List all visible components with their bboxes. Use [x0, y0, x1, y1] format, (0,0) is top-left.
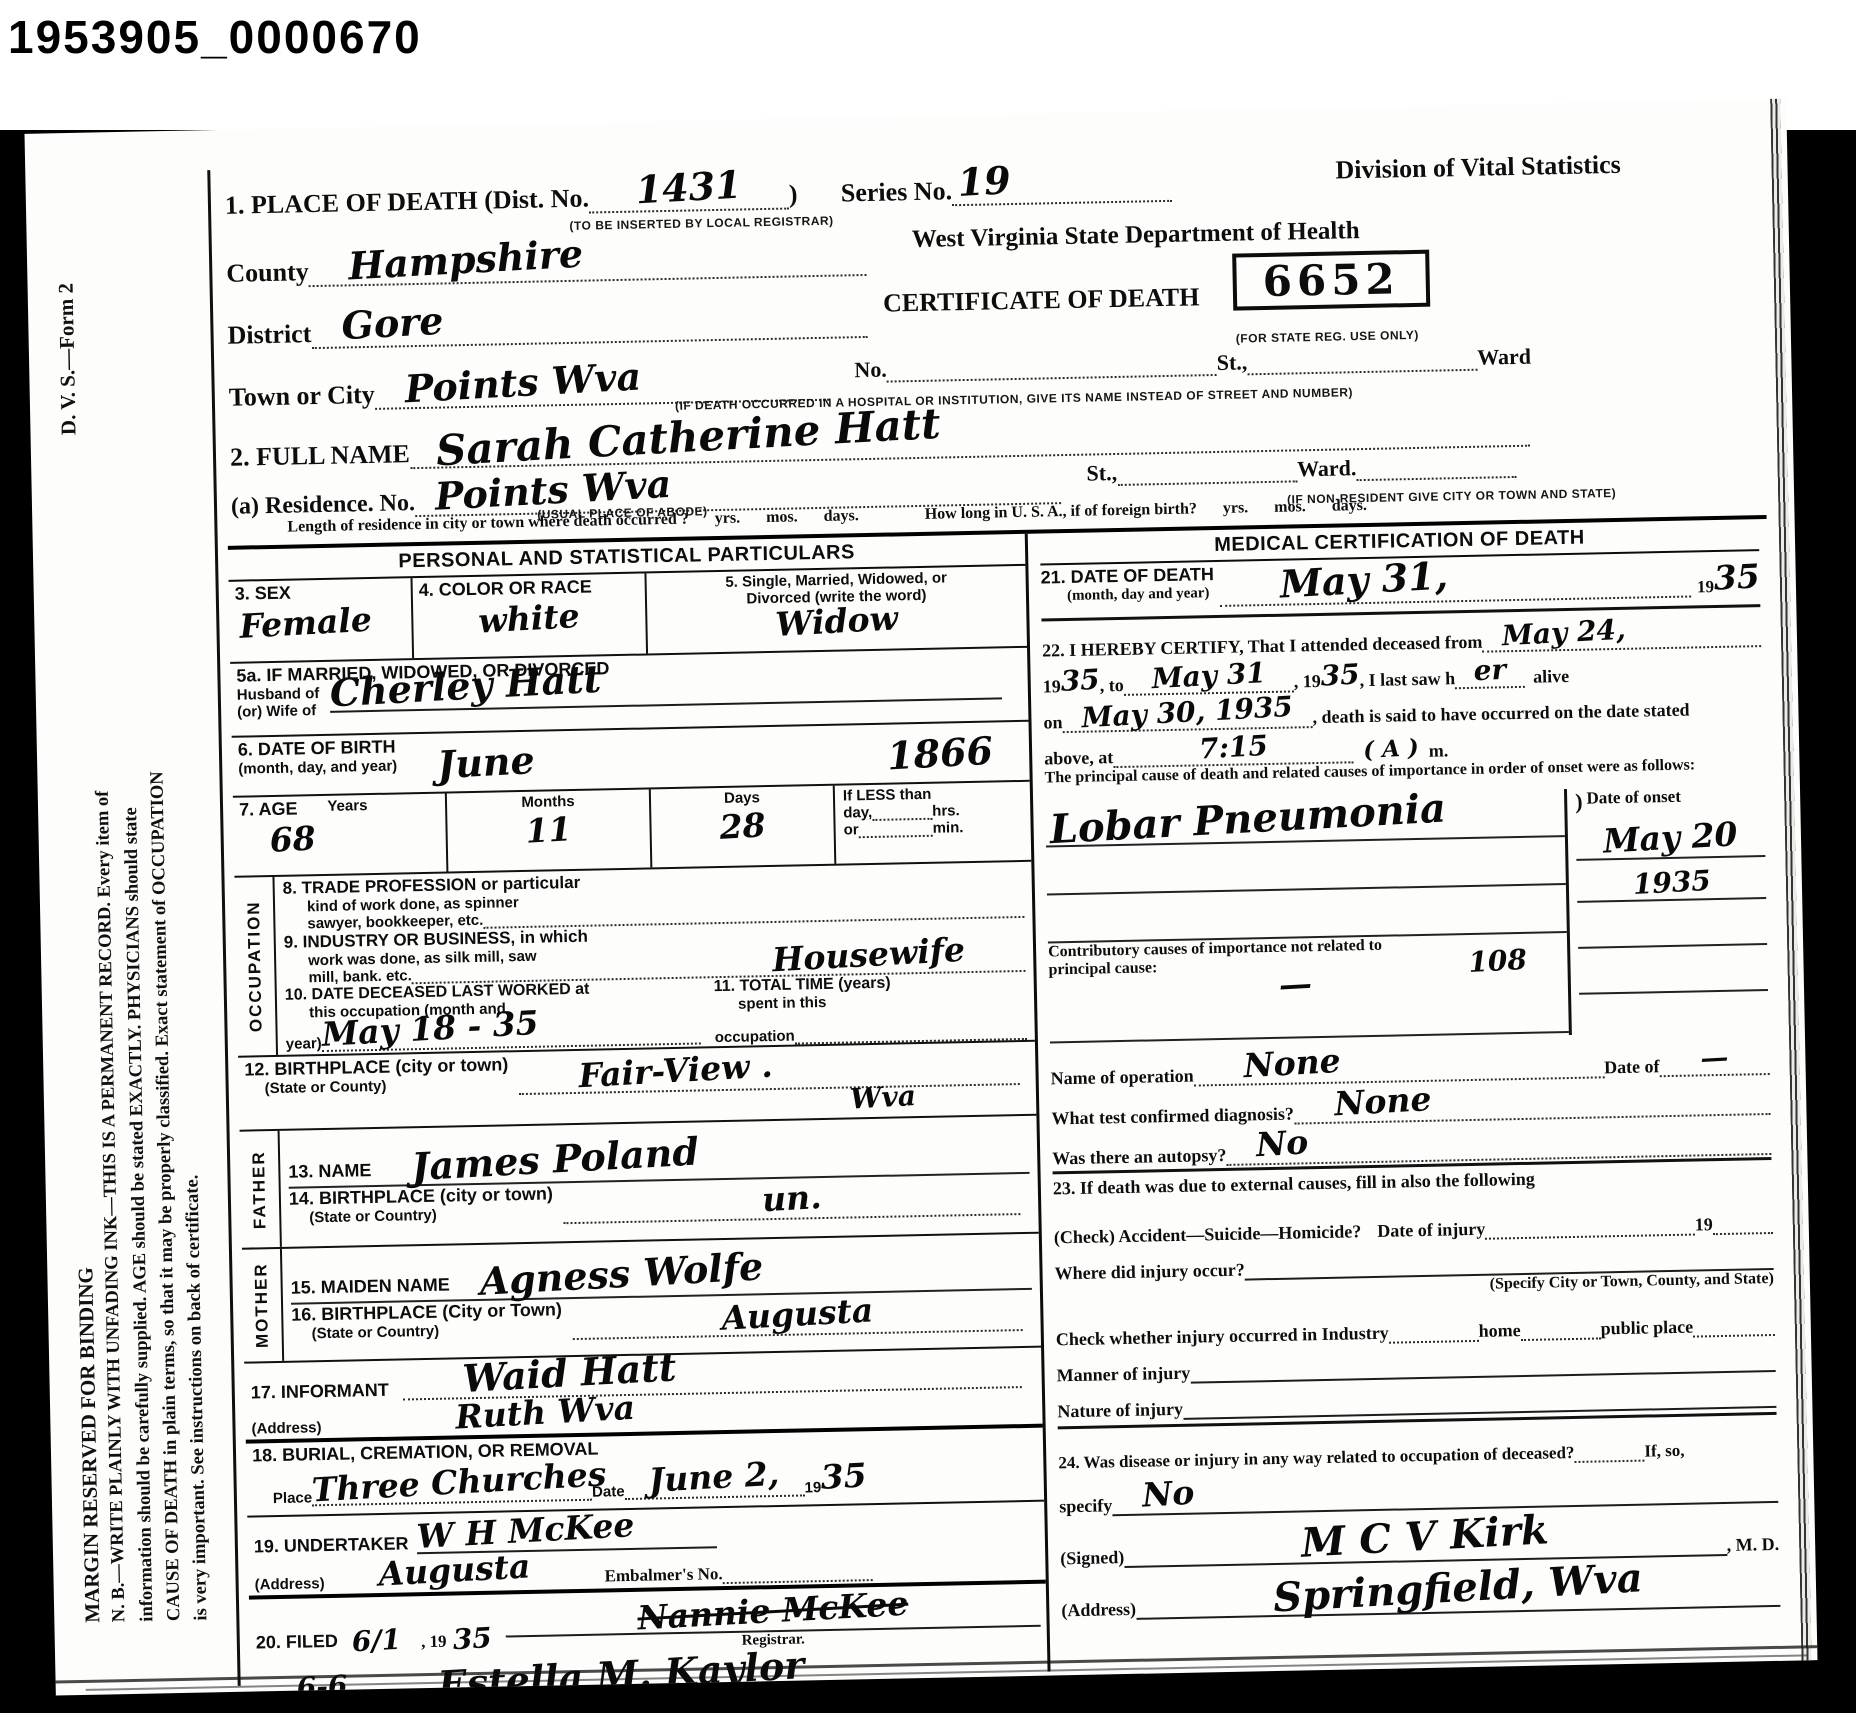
burial-place-blank: Three Churches — [312, 1468, 593, 1507]
injury-19: 19 — [1695, 1214, 1713, 1235]
certificate-title: CERTIFICATE OF DEATH — [883, 282, 1200, 318]
father-side-label-cell: FATHER — [240, 1131, 282, 1248]
burial-19: 19 — [804, 1479, 821, 1496]
certify-time-blank: 7:15 — [1113, 728, 1354, 768]
county-row: County Hampshire — [226, 229, 867, 289]
years-label: Years — [327, 797, 367, 819]
no-label: No. — [854, 357, 887, 384]
certify-to-label: , to — [1100, 675, 1124, 696]
dob-labels: 6. DATE OF BIRTH (month, day, and year) — [238, 736, 398, 793]
ward-label: Ward — [1477, 344, 1531, 371]
place-of-death-row: 1. PLACE OF DEATH (Dist. No. 1431 ) — [224, 162, 797, 220]
dod-value: May 31, — [1279, 552, 1449, 606]
mother-content: 15. MAIDEN NAME Agness Wolfe 16. BIRTHPL… — [282, 1234, 1041, 1361]
less-hrs-label: hrs. — [932, 802, 960, 820]
ifso-label: If, so, — [1644, 1441, 1685, 1462]
spouse-of-labels: Husband of (or) Wife of — [237, 685, 320, 721]
spouse-blank: Cherley Hatt — [329, 671, 1002, 712]
mother-side-label: MOTHER — [251, 1262, 273, 1348]
death-certificate-document: MARGIN RESERVED FOR BINDING D. V. S.—For… — [25, 98, 1818, 1695]
filed-year-value: 35 — [452, 1621, 493, 1656]
certify-m-label: m. — [1429, 740, 1449, 761]
marital-cell: 5. Single, Married, Widowed, or Divorced… — [646, 566, 1027, 654]
contrib-temp-value: 108 — [1468, 943, 1528, 979]
less-min-label: min. — [932, 819, 963, 837]
certify-y1: 35 — [1060, 663, 1101, 698]
burial-date-blank: June 2, — [624, 1455, 805, 1500]
race-cell: 4. COLOR OR RACE white — [412, 573, 648, 658]
father-name-label: 13. NAME — [288, 1160, 371, 1183]
series-label: Series No. — [841, 176, 953, 208]
birthplace-blank: Fair-View . — [518, 1044, 1020, 1095]
onset-value-1: May 20 — [1602, 814, 1738, 860]
full-name-label: 2. FULL NAME — [230, 439, 410, 473]
date-of-label: Date of — [1604, 1056, 1660, 1078]
certificate-number-stamp: 6652 — [1232, 250, 1430, 311]
sex-value: Female — [238, 600, 372, 646]
certify-on-label: on — [1043, 712, 1062, 733]
time-am-mark: ( A ) — [1362, 734, 1419, 764]
age-days-value: 28 — [719, 805, 767, 846]
onset-line-1: May 20 — [1575, 811, 1765, 861]
county-blank: Hampshire — [308, 229, 866, 287]
department-title: West Virginia State Department of Health — [912, 217, 1360, 254]
usa-yrs: yrs. — [1223, 499, 1249, 518]
series-value: 19 — [957, 157, 1012, 205]
district-number-value: 1431 — [635, 162, 743, 213]
dob-year-value: 1866 — [886, 728, 994, 779]
no-blank — [887, 374, 1217, 383]
filed-label: 20. FILED — [256, 1631, 338, 1654]
certify-to-value: May 31 — [1151, 656, 1267, 695]
certify-from-blank: May 24, — [1482, 612, 1761, 653]
age-label: 7. AGE — [239, 798, 298, 820]
total-time-label-3: occupation — [715, 1028, 795, 1047]
less-day-label: day, — [843, 804, 872, 822]
undertaker-address-value: Augusta — [378, 1546, 532, 1593]
mother-birthplace-blank: Augusta — [572, 1290, 1023, 1340]
certify-block: 22. I HEREBY CERTIFY, That I attended de… — [1041, 607, 1763, 799]
residence-st-blank — [1117, 480, 1297, 486]
signed-label: (Signed) — [1060, 1547, 1124, 1569]
certify-her-blank: er — [1455, 653, 1526, 689]
binding-margin-text: MARGIN RESERVED FOR BINDING D. V. S.—For… — [54, 281, 215, 1623]
public-label: public place — [1600, 1317, 1693, 1340]
burial-date-value: June 2, — [648, 1454, 780, 1500]
burial-place-label: Place — [273, 1489, 313, 1507]
father-birthplace-sub: (State or Country) — [309, 1204, 553, 1226]
dob-blank: June 1866 — [397, 724, 1024, 791]
place-of-death-label: 1. PLACE OF DEATH (Dist. No. — [225, 184, 590, 221]
filed-date2-value: 6-6 — [296, 1669, 348, 1696]
dod-19: 19 — [1697, 577, 1714, 597]
mother-name-label: 15. MAIDEN NAME — [291, 1275, 450, 1299]
death-time-value: 7:15 — [1198, 729, 1269, 766]
dod-year-value: 35 — [1713, 556, 1761, 597]
district-blank: Gore — [311, 291, 868, 349]
onset-label: Date of onset — [1586, 787, 1681, 809]
cause-area: Lobar Pneumonia Contributory causes of i… — [1045, 785, 1769, 1045]
length-yrs: yrs. — [715, 510, 741, 529]
margin-binding-label: MARGIN RESERVED FOR BINDING — [73, 1267, 105, 1623]
husband-of-label: Husband of — [237, 685, 320, 704]
filed-row: 20. FILED 6/1 , 19 35 Nannie McKee Regis… — [249, 1580, 1048, 1688]
filed-19: , 19 — [421, 1632, 447, 1653]
certificate-form: 1. PLACE OF DEATH (Dist. No. 1431 ) (TO … — [207, 139, 1789, 1686]
onset-line-5 — [1579, 991, 1769, 1035]
specify-value: No — [1141, 1473, 1195, 1515]
dod-year-block: 19 35 — [1696, 553, 1760, 597]
cause-lines: Lobar Pneumonia Contributory causes of i… — [1045, 789, 1569, 1045]
certify-19b: , 19 — [1294, 671, 1321, 693]
certify-seen-blank: May 30, 1935 — [1062, 693, 1313, 733]
town-value: Points Wva — [403, 353, 642, 411]
scan-id-label: 1953905_0000670 — [0, 0, 1856, 64]
birthplace-labels: 12. BIRTHPLACE (city or town) (State or … — [244, 1054, 509, 1126]
onset-value-2: 1935 — [1632, 864, 1712, 901]
mother-birthplace-sub: (State or Country) — [311, 1320, 562, 1342]
father-group: FATHER 13. NAME James Poland 14. BIRTHPL… — [240, 1114, 1039, 1248]
birthplace-value: Fair-View . — [578, 1046, 774, 1096]
form-header: 1. PLACE OF DEATH (Dist. No. 1431 ) (TO … — [220, 139, 1766, 550]
onset-header: ) Date of onset — [1575, 785, 1764, 815]
occupation-side-label-cell: OCCUPATION — [234, 877, 278, 1056]
specify-label: specify — [1059, 1495, 1112, 1517]
months-label: Months — [453, 792, 643, 813]
age-years-value: 68 — [269, 818, 317, 859]
series-blank: 19 — [951, 155, 1172, 206]
age-months-cell: Months 11 — [447, 789, 653, 871]
division-title: Division of Vital Statistics — [1335, 150, 1621, 186]
district-row: District Gore — [227, 291, 868, 351]
contrib-dash-mark: — — [1278, 964, 1313, 1005]
filed-date-value: 6/1 — [351, 1623, 402, 1659]
district-number-blank: 1431 — [588, 163, 789, 214]
race-value: white — [478, 596, 581, 641]
certify-saw-label: , I last saw h — [1359, 668, 1455, 691]
usa-days: days. — [1332, 497, 1367, 516]
certify-19a: 19 — [1043, 676, 1061, 697]
informant-address-label: (Address) — [251, 1419, 321, 1437]
days-label: Days — [657, 788, 827, 808]
md-label: , M. D. — [1726, 1534, 1779, 1556]
st-label: St., — [1216, 349, 1247, 376]
dod-blank: May 31, — [1220, 554, 1691, 606]
length-mos: mos. — [766, 508, 798, 527]
external-causes-block: 23. If death was due to external causes,… — [1053, 1160, 1777, 1429]
certify-alive-label: alive — [1533, 666, 1569, 688]
wife-of-label: (or) Wife of — [237, 702, 320, 721]
street-ward-row: No. St., Ward — [854, 339, 1754, 383]
sex-label: 3. SEX — [235, 580, 405, 604]
form-body: PERSONAL AND STATISTICAL PARTICULARS 3. … — [228, 519, 1790, 1688]
mother-name-value: Agness Wolfe — [479, 1243, 765, 1304]
date-of-value: — — [1699, 1040, 1729, 1074]
father-birthplace-blank: un. — [563, 1174, 1021, 1224]
father-name-value: James Poland — [410, 1129, 700, 1190]
nature-label: Nature of injury — [1057, 1399, 1183, 1423]
address-label: (Address) — [1061, 1599, 1136, 1621]
district-label: District — [227, 319, 311, 351]
address-blank: Springfield, Wva — [1135, 1558, 1780, 1620]
undertaker-address-label: (Address) — [255, 1575, 325, 1593]
date-of-blank: — — [1659, 1040, 1770, 1077]
birthplace-sub-label: (State or County) — [265, 1075, 509, 1097]
less-or-label: or — [843, 821, 858, 838]
marital-value: Widow — [775, 598, 899, 644]
onset-line-4 — [1578, 945, 1768, 995]
dod-sub-label: (month, day and year) — [1067, 585, 1215, 605]
onset-line-2: 1935 — [1576, 857, 1766, 903]
home-label: home — [1478, 1320, 1520, 1342]
undertaker-address-blank: Augusta — [324, 1548, 585, 1592]
town-label: Town or City — [229, 380, 375, 413]
certify-above-label: above, at — [1044, 747, 1113, 769]
injury-date-label: Date of injury — [1377, 1219, 1485, 1242]
occupation-related-block: 24. Was disease or injury in any way rel… — [1058, 1415, 1781, 1625]
undertaker-blank: W H McKee — [416, 1507, 717, 1554]
residence-ward-blank — [1357, 476, 1517, 481]
scanned-page: 1953905_0000670 MARGIN RESERVED FOR BIND… — [0, 0, 1856, 1713]
occupation-side-label: OCCUPATION — [244, 900, 267, 1032]
contrib-block: Contributory causes of importance not re… — [1048, 933, 1568, 1001]
less-min-blank — [859, 835, 933, 838]
county-label: County — [226, 257, 309, 289]
operation-block: Name of operation None Date of — What te… — [1050, 1031, 1771, 1174]
district-value: Gore — [340, 298, 444, 349]
last-worked-blank: May 18 - 35 — [321, 1013, 701, 1052]
st-blank — [1248, 369, 1478, 376]
burial-year-value: 35 — [820, 1455, 868, 1496]
series-row: Series No. 19 — [840, 155, 1172, 209]
last-worked-block: 10. DATE DECEASED LAST WORKED at this oc… — [285, 978, 701, 1054]
occupation-group: OCCUPATION 8. TRADE PROFESSION or partic… — [234, 860, 1034, 1056]
certify-her-value: er — [1473, 653, 1507, 688]
sex-cell: 3. SEX Female — [229, 578, 415, 662]
race-label: 4. COLOR OR RACE — [419, 576, 639, 601]
signature-value: M C V Kirk — [1300, 1506, 1550, 1567]
father-side-label: FATHER — [249, 1150, 271, 1229]
age-months-value: 11 — [525, 809, 573, 850]
dod-labels: 21. DATE OF DEATH (month, day and year) — [1040, 564, 1214, 616]
certify-from-value: May 24, — [1501, 613, 1627, 653]
personal-column: PERSONAL AND STATISTICAL PARTICULARS 3. … — [228, 534, 1051, 1688]
dob-month-value: June — [436, 737, 536, 787]
residence-street-ward: St., Ward. — [1086, 449, 1646, 486]
occupation-content: 8. TRADE PROFESSION or particular kind o… — [274, 862, 1034, 1055]
father-birthplace-value: un. — [761, 1177, 823, 1219]
margin-form-number: D. V. S.—Form 2 — [54, 283, 82, 436]
county-value: Hampshire — [347, 231, 584, 289]
certify-seen-value: May 30, 1935 — [1081, 690, 1294, 735]
where-label: Where did injury occur? — [1054, 1260, 1245, 1285]
embalmer-label: Embalmer's No. — [604, 1564, 722, 1586]
onset-line-3 — [1577, 899, 1767, 949]
father-content: 13. NAME James Poland 14. BIRTHPLACE (ci… — [280, 1116, 1039, 1247]
dob-sub-label: (month, day, and year) — [238, 757, 397, 777]
operation-label: Name of operation — [1050, 1066, 1193, 1090]
residence-st-label: St., — [1086, 460, 1117, 487]
operation-value: None — [1242, 1041, 1341, 1085]
mother-birthplace-value: Augusta — [720, 1290, 874, 1337]
state-reg-note: (FOR STATE REG. USE ONLY) — [1236, 328, 1419, 346]
last-worked-label-3: year) — [286, 1035, 322, 1053]
age-days-cell: Days 28 — [651, 786, 837, 868]
autopsy-label: Was there an autopsy? — [1052, 1145, 1227, 1169]
test-value: None — [1333, 1079, 1432, 1123]
birthplace-state-value: Wva — [849, 1079, 917, 1116]
certify-y2: 35 — [1320, 657, 1361, 692]
length-days: days. — [823, 507, 858, 526]
usa-mos: mos. — [1274, 498, 1306, 517]
onset-paren: ) — [1575, 789, 1583, 815]
age-years-cell: 7. AGE Years 68 — [233, 793, 449, 875]
medical-column: MEDICAL CERTIFICATION OF DEATH 21. DATE … — [1028, 519, 1790, 1672]
industry-label-3: mill, bank. etc. — [308, 967, 412, 986]
age-less-cell: If LESS than day, hrs. or min. — [835, 782, 1032, 864]
residence-ward-label: Ward. — [1297, 455, 1357, 482]
total-time-block: 11. TOTAL TIME (years) spent in this occ… — [700, 972, 1027, 1047]
onset-column: ) Date of onset May 20 1935 — [1564, 785, 1769, 1035]
autopsy-value: No — [1255, 1122, 1309, 1164]
mother-side-label-cell: MOTHER — [242, 1249, 284, 1362]
binding-margin: MARGIN RESERVED FOR BINDING D. V. S.—For… — [54, 281, 215, 1623]
close-paren: ) — [789, 179, 798, 209]
manner-label: Manner of injury — [1056, 1363, 1190, 1387]
